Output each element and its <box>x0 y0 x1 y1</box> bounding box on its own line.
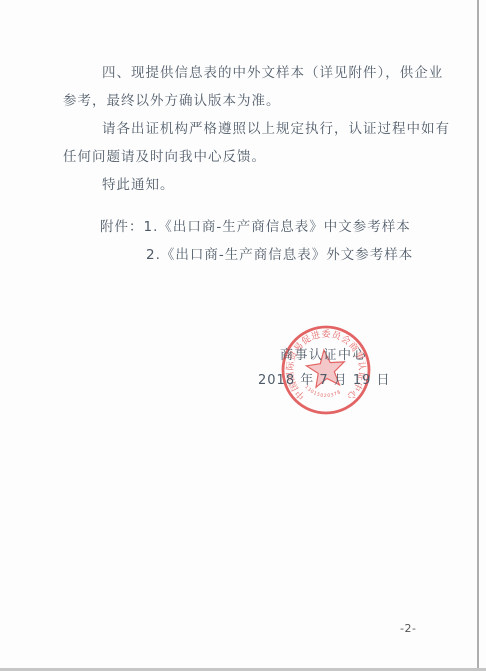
signature-org: 商事认证中心 <box>280 344 367 363</box>
scan-edge-right <box>477 0 479 671</box>
notice-line: 四、现提供信息表的中外文样本（详见附件），供企业 <box>102 61 443 81</box>
page-number: -2- <box>400 622 416 635</box>
attachment-line: 2.《出口商-生产商信息表》外文参考样本 <box>146 243 413 263</box>
attachment-line: 附件：1.《出口商-生产商信息表》中文参考样本 <box>100 215 411 235</box>
notice-line: 请各出证机构严格遵照以上规定执行，认证过程中如有 <box>102 117 450 137</box>
signature-date: 2018 年 7 月 19 日 <box>258 369 391 388</box>
notice-line: 特此通知。 <box>102 173 175 193</box>
notice-line: 任何问题请及时向我中心反馈。 <box>63 145 266 165</box>
scanned-notice-page: 四、现提供信息表的中外文样本（详见附件），供企业 参考，最终以外方确认版本为准。… <box>0 0 486 671</box>
notice-line: 参考，最终以外方确认版本为准。 <box>63 89 281 109</box>
